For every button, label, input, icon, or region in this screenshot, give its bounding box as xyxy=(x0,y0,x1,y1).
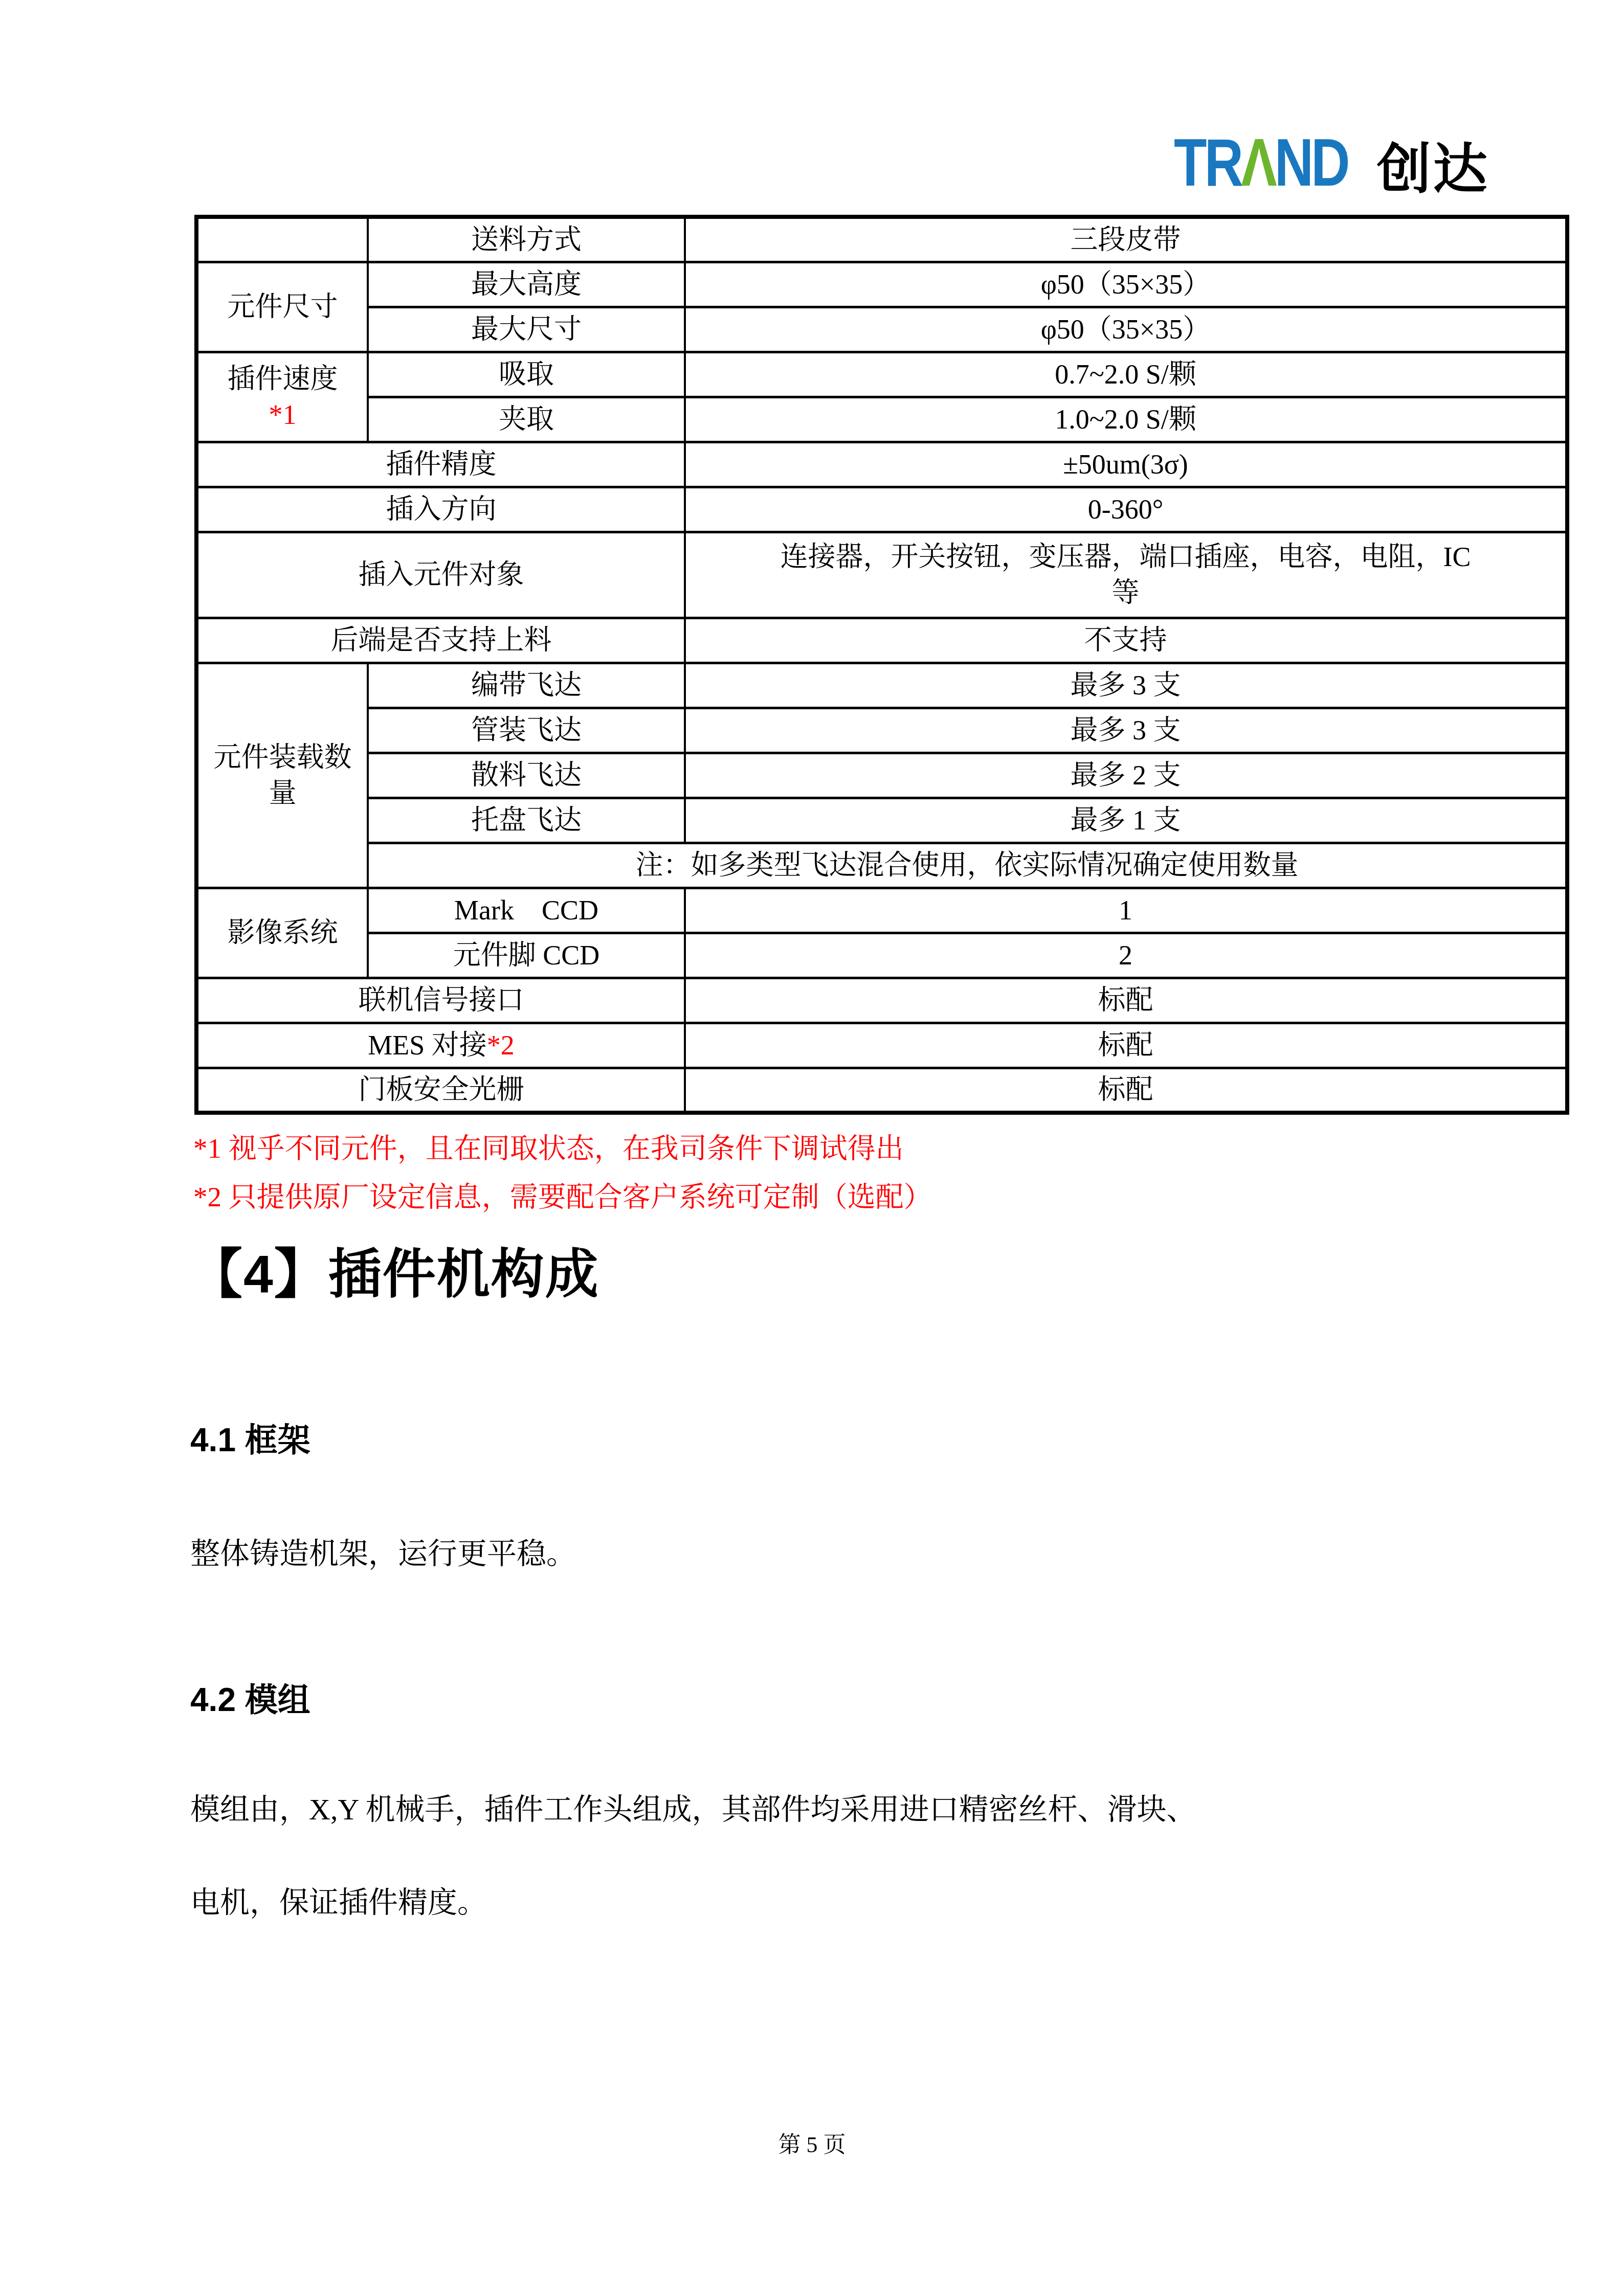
footnote-2: *2 只提供原厂设定信息，需要配合客户系统可定制（选配） xyxy=(193,1173,932,1221)
cell-component-size-group: 元件尺寸 xyxy=(196,262,368,352)
mes-label-text: MES 对接 xyxy=(368,1030,487,1061)
cell-mark-ccd-label: Mark CCD xyxy=(368,888,685,933)
cell-tube-feeder-label: 管装飞达 xyxy=(368,708,685,753)
row-insert-accuracy: 插件精度 ±50um(3σ) xyxy=(196,442,1567,487)
row-signal-interface: 联机信号接口 标配 xyxy=(196,978,1567,1023)
page-number: 第 5 页 xyxy=(0,2126,1624,2159)
cell-direction-label: 插入方向 xyxy=(196,487,685,532)
cell-bulk-feeder-value: 最多 2 支 xyxy=(685,753,1567,798)
cell-feed-method-label: 送料方式 xyxy=(368,217,685,262)
section-4-1-heading: 4.1 框架 xyxy=(190,1420,310,1460)
brand-logo: TRΛND 创达 xyxy=(1174,129,1489,196)
row-insert-direction: 插入方向 0-360° xyxy=(196,487,1567,532)
section-4-1-body: 整体铸造机架，运行更平稳。 xyxy=(190,1533,576,1574)
brand-logo-nd: ND xyxy=(1275,125,1348,200)
cell-lead-ccd-label: 元件脚 CCD xyxy=(368,933,685,978)
cell-tray-feeder-label: 托盘飞达 xyxy=(368,798,685,843)
footnote-1: *1 视乎不同元件，且在同取状态，在我司条件下调试得出 xyxy=(193,1124,932,1173)
chapter-heading: 【4】插件机构成 xyxy=(189,1242,599,1308)
cell-backend-value: 不支持 xyxy=(685,618,1567,663)
cell-suction-label: 吸取 xyxy=(368,352,685,397)
cell-accuracy-label: 插件精度 xyxy=(196,442,685,487)
cell-suction-value: 0.7~2.0 S/颗 xyxy=(685,352,1567,397)
cell-tape-feeder-label: 编带飞达 xyxy=(368,663,685,708)
cell-signal-interface-label: 联机信号接口 xyxy=(196,978,685,1023)
cell-door-curtain-label: 门板安全光栅 xyxy=(196,1068,685,1113)
footnotes: *1 视乎不同元件，且在同取状态，在我司条件下调试得出 *2 只提供原厂设定信息… xyxy=(193,1124,932,1221)
cell-insert-speed-group: 插件速度 *1 xyxy=(196,352,368,442)
cell-lead-ccd-value: 2 xyxy=(685,933,1567,978)
brand-logo-cjk: 创达 xyxy=(1377,142,1489,196)
cell-objects-value: 连接器，开关按钮，变压器，端口插座，电容，电阻，IC 等 xyxy=(685,532,1567,618)
section-4-2-heading: 4.2 模组 xyxy=(190,1679,310,1720)
section-4-2-body-line1: 模组由，X,Y 机械手，插件工作头组成，其部件均采用进口精密丝杆、滑块、 xyxy=(190,1763,1196,1856)
cell-signal-interface-value: 标配 xyxy=(685,978,1567,1023)
cell-mes-label: MES 对接*2 xyxy=(196,1023,685,1068)
row-feeder-note: 注：如多类型飞达混合使用，依实际情况确定使用数量 xyxy=(196,843,1567,888)
row-tube-feeder: 管装飞达 最多 3 支 xyxy=(196,708,1567,753)
cell-accuracy-value: ±50um(3σ) xyxy=(685,442,1567,487)
cell-mark-ccd-value: 1 xyxy=(685,888,1567,933)
cell-tray-feeder-value: 最多 1 支 xyxy=(685,798,1567,843)
row-insert-objects: 插入元件对象 连接器，开关按钮，变压器，端口插座，电容，电阻，IC 等 xyxy=(196,532,1567,618)
cell-door-curtain-value: 标配 xyxy=(685,1068,1567,1113)
insert-speed-label: 插件速度 xyxy=(204,361,362,397)
mes-footnote-marker: *2 xyxy=(487,1030,515,1061)
row-feed-method: 送料方式 三段皮带 xyxy=(196,217,1567,262)
cell-backend-label: 后端是否支持上料 xyxy=(196,618,685,663)
row-lead-ccd: 元件脚 CCD 2 xyxy=(196,933,1567,978)
cell-max-height-label: 最大高度 xyxy=(368,262,685,307)
row-tray-feeder: 托盘飞达 最多 1 支 xyxy=(196,798,1567,843)
row-max-height: 元件尺寸 最大高度 φ50（35×35） xyxy=(196,262,1567,307)
cell-direction-value: 0-360° xyxy=(685,487,1567,532)
cell-load-capacity-group: 元件装载数量 xyxy=(196,663,368,888)
cell-feed-method-value: 三段皮带 xyxy=(685,217,1567,262)
section-4-2-body: 模组由，X,Y 机械手，插件工作头组成，其部件均采用进口精密丝杆、滑块、 电机，… xyxy=(190,1763,1196,1949)
row-suction-speed: 插件速度 *1 吸取 0.7~2.0 S/颗 xyxy=(196,352,1567,397)
cell-mes-value: 标配 xyxy=(685,1023,1567,1068)
cell-max-size-label: 最大尺寸 xyxy=(368,307,685,352)
cell-vision-system-group: 影像系统 xyxy=(196,888,368,978)
row-tape-feeder: 元件装载数量 编带飞达 最多 3 支 xyxy=(196,663,1567,708)
row-backend-loading: 后端是否支持上料 不支持 xyxy=(196,618,1567,663)
row-mark-ccd: 影像系统 Mark CCD 1 xyxy=(196,888,1567,933)
cell-grip-value: 1.0~2.0 S/颗 xyxy=(685,397,1567,442)
cell-grip-label: 夹取 xyxy=(368,397,685,442)
cell-feeder-note: 注：如多类型飞达混合使用，依实际情况确定使用数量 xyxy=(368,843,1567,888)
cell-bulk-feeder-label: 散料飞达 xyxy=(368,753,685,798)
cell-empty-corner xyxy=(196,217,368,262)
document-page: { "logo": { "latin_tr": "TR", "latin_a":… xyxy=(0,0,1624,2296)
row-max-size: 最大尺寸 φ50（35×35） xyxy=(196,307,1567,352)
cell-max-height-value: φ50（35×35） xyxy=(685,262,1567,307)
cell-tape-feeder-value: 最多 3 支 xyxy=(685,663,1567,708)
brand-logo-latin: TRΛND xyxy=(1174,129,1348,196)
cell-max-size-value: φ50（35×35） xyxy=(685,307,1567,352)
section-4-2-body-line2: 电机，保证插件精度。 xyxy=(190,1856,1196,1949)
row-bulk-feeder: 散料飞达 最多 2 支 xyxy=(196,753,1567,798)
brand-logo-a-glyph: Λ xyxy=(1241,125,1275,200)
insert-speed-footnote-marker: *1 xyxy=(204,397,362,433)
cell-objects-label: 插入元件对象 xyxy=(196,532,685,618)
row-mes: MES 对接*2 标配 xyxy=(196,1023,1567,1068)
row-door-light-curtain: 门板安全光栅 标配 xyxy=(196,1068,1567,1113)
row-gripping-speed: 夹取 1.0~2.0 S/颗 xyxy=(196,397,1567,442)
cell-tube-feeder-value: 最多 3 支 xyxy=(685,708,1567,753)
brand-logo-tr: TR xyxy=(1174,125,1241,200)
spec-table: 送料方式 三段皮带 元件尺寸 最大高度 φ50（35×35） 最大尺寸 φ50（… xyxy=(194,215,1569,1115)
